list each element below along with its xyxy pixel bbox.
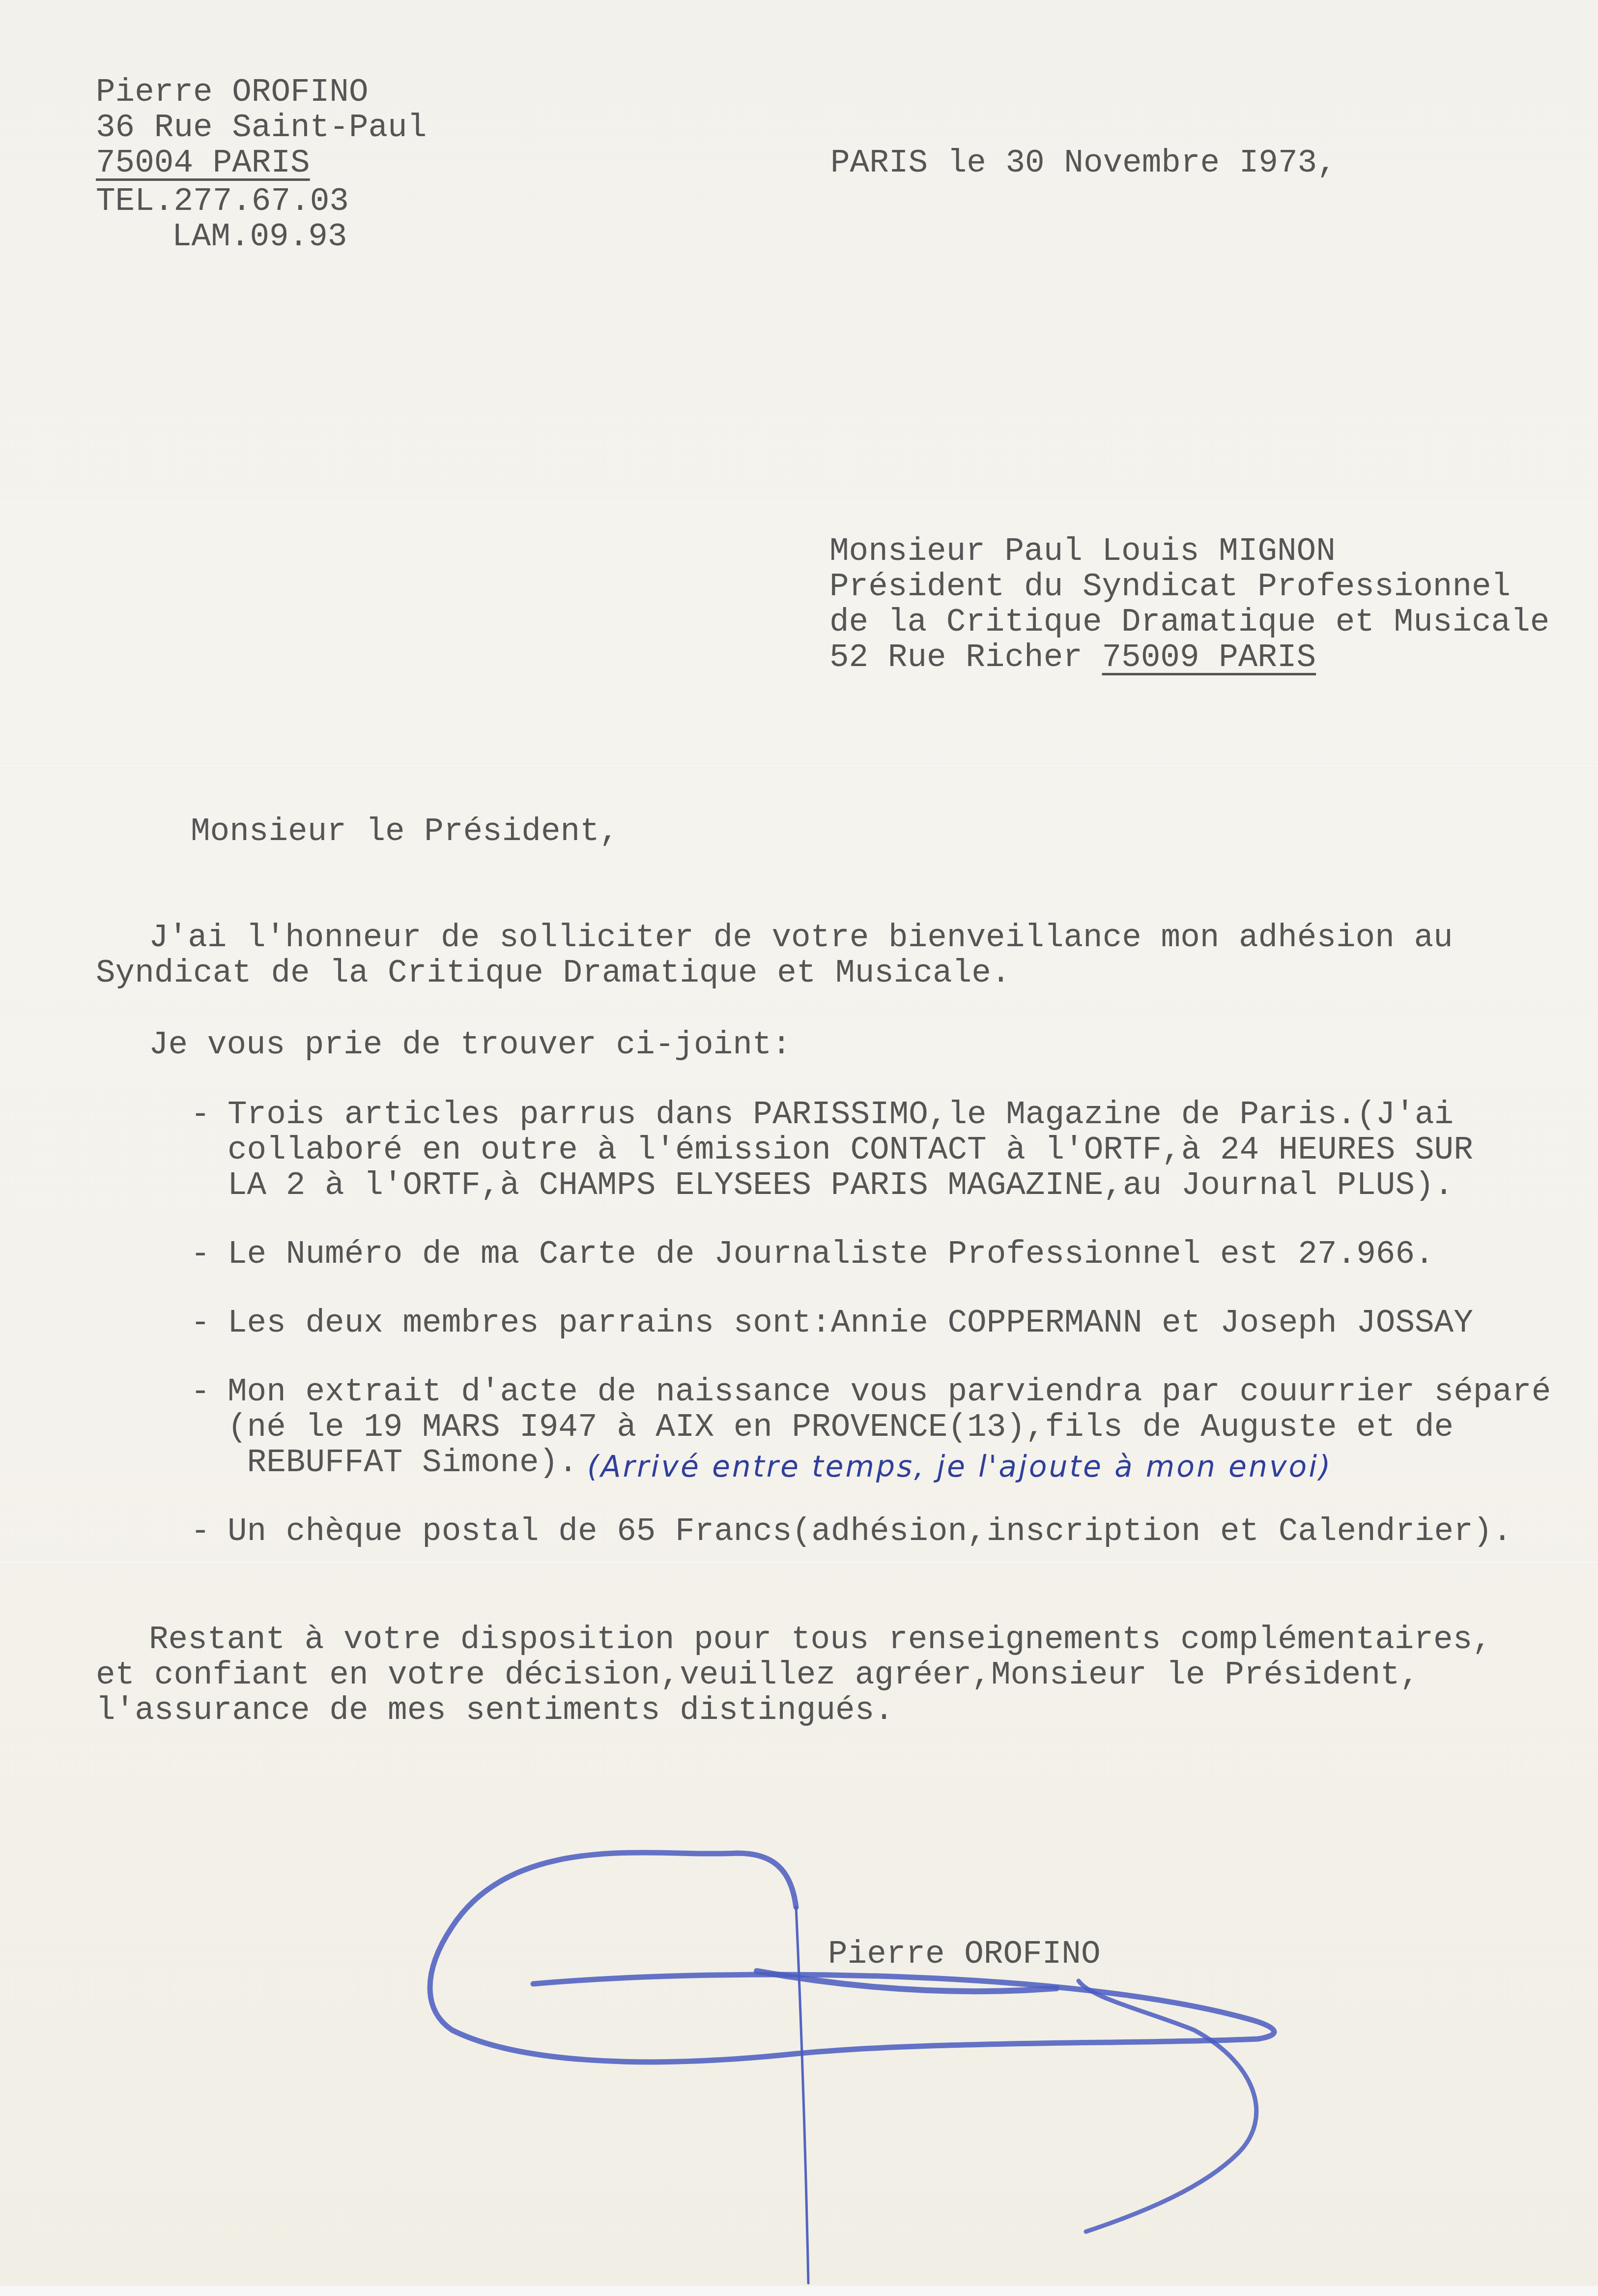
signature-scribble-icon	[0, 0, 1598, 2296]
